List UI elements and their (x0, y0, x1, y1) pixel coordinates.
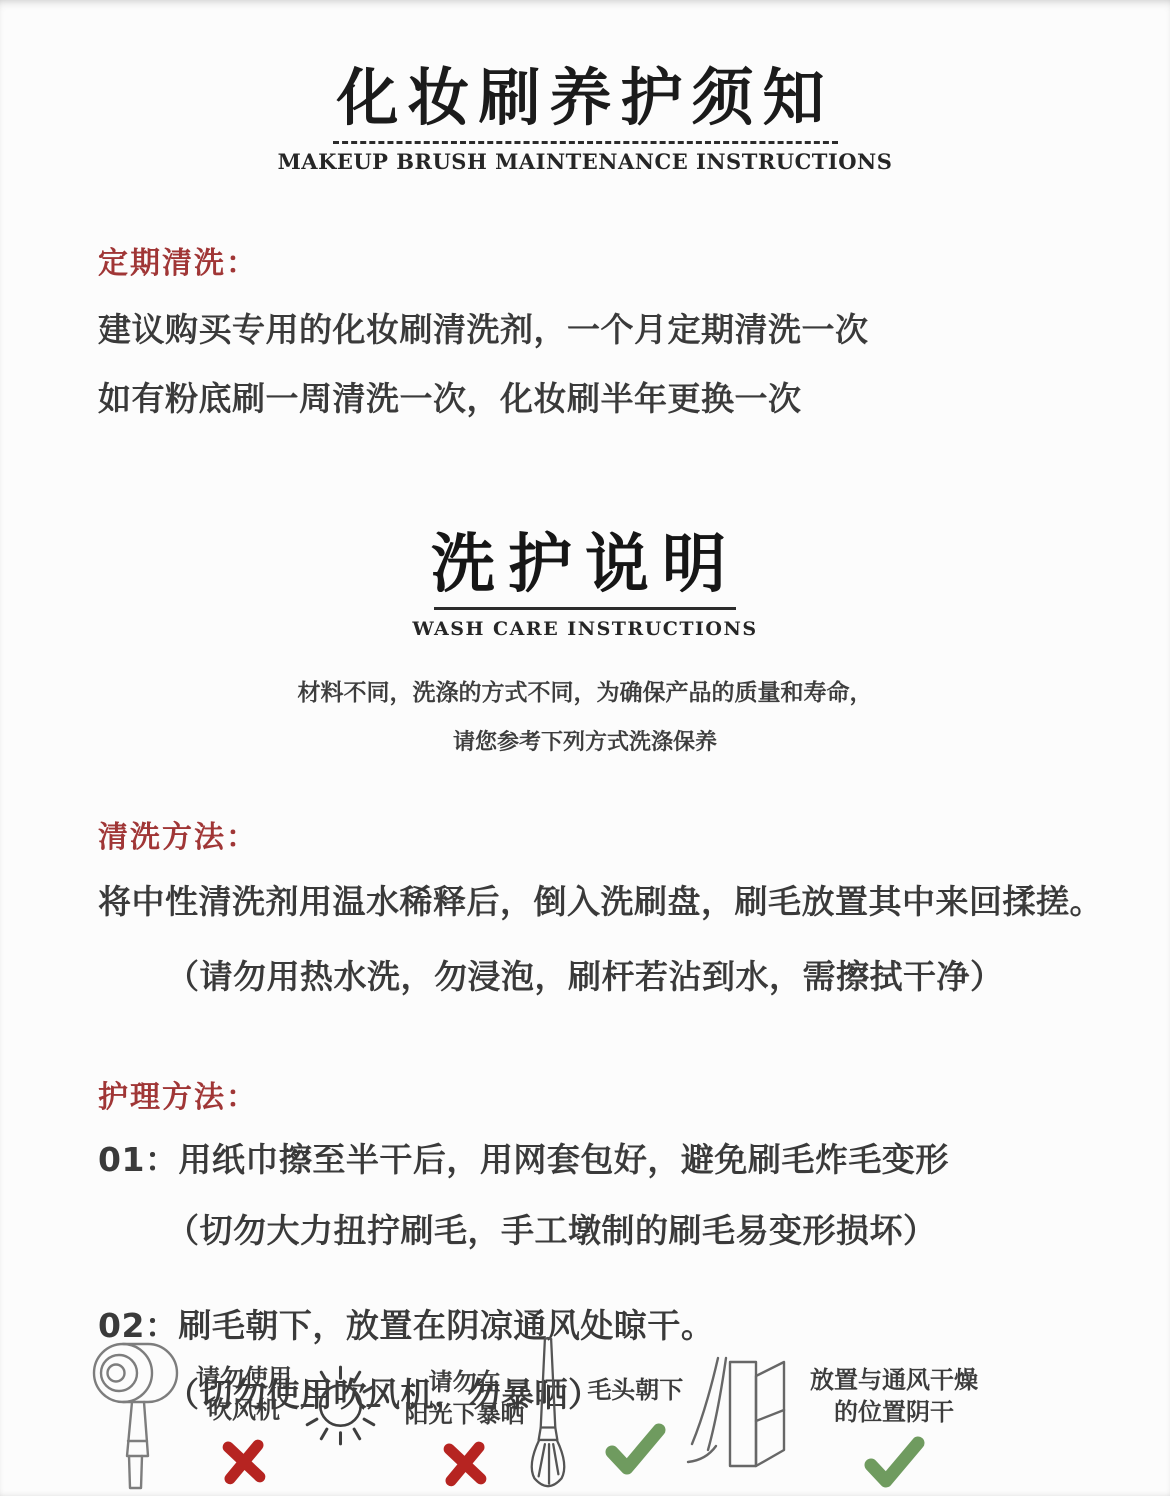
no-dryer-caption-line-2: 吹风机 (208, 1394, 280, 1426)
section-regular-cleaning: 定期清洗： 建议购买专用的化妆刷清洗剂，一个月定期清洗一次 如有粉底刷一周清洗一… (0, 238, 1170, 420)
regular-cleaning-line-1: 建议购买专用的化妆刷清洗剂，一个月定期清洗一次 (98, 304, 1110, 351)
cleaning-method-note: （请勿用热水洗，勿浸泡，刷杆若沾到水，需擦拭干净） (98, 951, 1110, 998)
wash-care-intro-line-2: 请您参考下列方式洗涤保养 (0, 725, 1170, 756)
regular-cleaning-heading: 定期清洗： (98, 238, 1110, 282)
care-method-step-1-note: （切勿大力扭拧刷毛，手工墩制的刷毛易变形损坏） (98, 1205, 1110, 1252)
wash-care-subtitle: WASH CARE INSTRUCTIONS (0, 618, 1170, 640)
instruction-sheet: 化妆刷养护须知 MAKEUP BRUSH MAINTENANCE INSTRUC… (0, 0, 1170, 1496)
open-window-icon (684, 1352, 796, 1476)
no-sun-caption-line-1: 请勿在 (429, 1366, 501, 1398)
dashed-divider (333, 141, 838, 144)
cross-mark-icon (439, 1437, 491, 1489)
page-header: 化妆刷养护须知 MAKEUP BRUSH MAINTENANCE INSTRUC… (0, 0, 1170, 174)
section-cleaning-method: 清洗方法： 将中性清洗剂用温水稀释后，倒入洗刷盘，刷毛放置其中来回揉搓。 （请勿… (0, 812, 1170, 998)
no-dryer-caption-line-1: 请勿使用 (196, 1362, 292, 1394)
cleaning-method-heading: 清洗方法： (98, 812, 1110, 856)
brush-down-caption: 毛头朝下 (587, 1374, 683, 1406)
sun-icon (293, 1358, 389, 1454)
no-hair-dryer-group: 请勿使用 吹风机 (92, 1336, 292, 1496)
ventilated-caption-line-2: 的位置阴干 (834, 1396, 954, 1428)
brush-head-down-group: 毛头朝下 (525, 1336, 683, 1496)
regular-cleaning-line-2: 如有粉底刷一周清洗一次，化妆刷半年更换一次 (98, 373, 1110, 420)
check-mark-icon (603, 1422, 667, 1476)
makeup-brush-icon (525, 1336, 571, 1494)
page-title: 化妆刷养护须知 (0, 62, 1170, 133)
no-sunlight-group: 请勿在 阳光下暴晒 (293, 1336, 525, 1496)
no-sun-caption-line-2: 阳光下暴晒 (405, 1398, 525, 1430)
check-mark-icon (862, 1435, 926, 1489)
cleaning-method-line: 将中性清洗剂用温水稀释后，倒入洗刷盘，刷毛放置其中来回揉搓。 (98, 876, 1110, 923)
cross-mark-icon (218, 1435, 270, 1487)
ventilated-dry-group: 放置与通风干燥 的位置阴干 (684, 1336, 978, 1496)
hair-dryer-icon (92, 1336, 184, 1494)
wash-care-title: 洗护说明 (0, 530, 1170, 600)
footer-icon-row: 请勿使用 吹风机 (0, 1336, 1170, 1496)
solid-divider (434, 607, 736, 610)
care-method-step-1: 01：用纸巾擦至半干后，用网套包好，避免刷毛炸毛变形 (98, 1134, 1110, 1181)
section-wash-care: 洗护说明 WASH CARE INSTRUCTIONS 材料不同，洗涤的方式不同… (0, 530, 1170, 755)
page-subtitle: MAKEUP BRUSH MAINTENANCE INSTRUCTIONS (0, 149, 1170, 174)
wash-care-intro-line-1: 材料不同，洗涤的方式不同，为确保产品的质量和寿命， (0, 674, 1170, 707)
ventilated-caption-line-1: 放置与通风干燥 (810, 1364, 978, 1396)
care-method-heading: 护理方法： (98, 1072, 1110, 1116)
